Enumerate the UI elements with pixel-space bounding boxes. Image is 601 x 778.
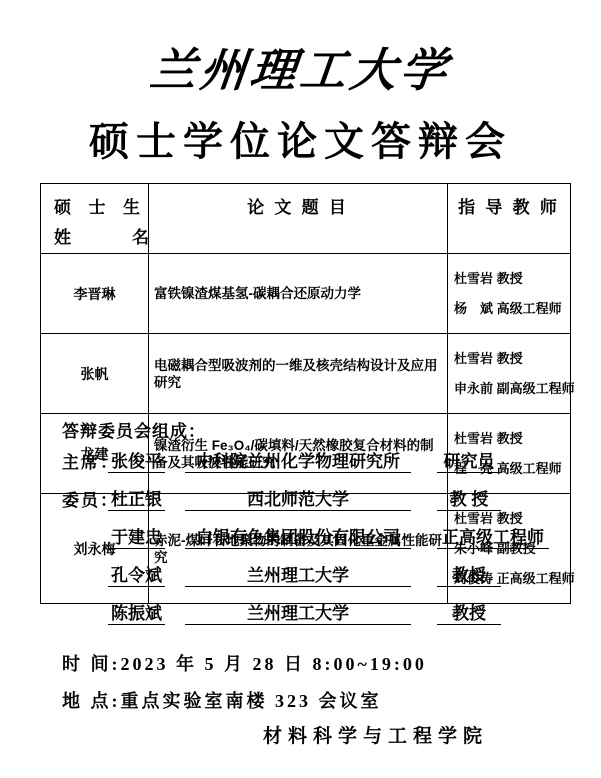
advisor: 杜雪岩 教授 — [454, 431, 564, 446]
committee-member-name: 张俊平 — [108, 447, 165, 473]
advisor: 杜雪岩 教授 — [454, 351, 564, 366]
committee-role-label: 委员： — [62, 486, 108, 511]
department-signature: 材料科学与工程学院 — [263, 721, 488, 748]
defense-announcement-page: 兰州理工大学 硕士学位论文答辩会 硕 士 生 姓 名 论 文 题 目 指 导 教… — [0, 0, 601, 778]
committee-list: 主席： 张俊平 中科院兰州化学物理研究所 研究员 委员： 杜正银 西北师范大学 … — [62, 452, 549, 642]
committee-member-title: 教授 — [437, 561, 501, 587]
page-title: 硕士学位论文答辩会 — [0, 110, 601, 167]
advisor: 申永前 副高级工程师 — [454, 381, 564, 396]
committee-member-affiliation: 白银有色集团股份有限公司 — [185, 523, 411, 549]
committee-member-title: 正高级工程师 — [437, 523, 549, 549]
thesis-title: 富铁镍渣煤基氢-碳耦合还原动力学 — [149, 254, 448, 334]
committee-member-title: 教 授 — [437, 485, 501, 511]
committee-member-affiliation: 兰州理工大学 — [185, 599, 411, 625]
committee-section-label: 答辩委员会组成： — [62, 417, 206, 442]
advisor: 杜雪岩 教授 — [454, 271, 564, 286]
committee-row: 主席： 张俊平 中科院兰州化学物理研究所 研究员 — [62, 452, 549, 473]
table-row: 李晋琳 富铁镍渣煤基氢-碳耦合还原动力学 杜雪岩 教授 杨 斌 高级工程师 — [41, 254, 571, 334]
column-header-student-line1: 硕 士 生 — [54, 193, 148, 223]
committee-row: 于建忠 白银有色集团股份有限公司 正高级工程师 — [62, 528, 549, 549]
column-header-thesis-title: 论 文 题 目 — [149, 184, 448, 254]
advisor-list: 杜雪岩 教授 杨 斌 高级工程师 — [448, 254, 571, 334]
column-header-student-name: 硕 士 生 姓 名 — [41, 184, 149, 254]
committee-row: 孔令斌 兰州理工大学 教授 — [62, 566, 549, 587]
thesis-title: 电磁耦合型吸波剂的一维及核壳结构设计及应用研究 — [149, 334, 448, 414]
advisor-list: 杜雪岩 教授 申永前 副高级工程师 — [448, 334, 571, 414]
committee-member-name: 杜正银 — [108, 485, 165, 511]
committee-role-label: 主席： — [62, 448, 108, 473]
committee-member-affiliation: 中科院兰州化学物理研究所 — [185, 447, 411, 473]
advisor: 杨 斌 高级工程师 — [454, 301, 564, 316]
committee-member-name: 孔令斌 — [108, 561, 165, 587]
committee-member-affiliation: 兰州理工大学 — [185, 561, 411, 587]
table-header-row: 硕 士 生 姓 名 论 文 题 目 指 导 教 师 — [41, 184, 571, 254]
committee-member-affiliation: 西北师范大学 — [185, 485, 411, 511]
committee-member-name: 陈振斌 — [108, 599, 165, 625]
university-logo-calligraphy: 兰州理工大学 — [0, 34, 601, 100]
column-header-student-line2: 姓 名 — [54, 223, 148, 253]
committee-member-title: 研究员 — [437, 447, 501, 473]
student-name: 李晋琳 — [41, 254, 149, 334]
table-row: 张帆 电磁耦合型吸波剂的一维及核壳结构设计及应用研究 杜雪岩 教授 申永前 副高… — [41, 334, 571, 414]
committee-member-title: 教授 — [437, 599, 501, 625]
committee-member-name: 于建忠 — [108, 523, 165, 549]
column-header-advisor: 指 导 教 师 — [448, 184, 571, 254]
committee-row: 委员： 杜正银 西北师范大学 教 授 — [62, 490, 549, 511]
student-name: 张帆 — [41, 334, 149, 414]
meeting-location: 地 点:重点实验室南楼 323 会议室 — [62, 687, 382, 713]
committee-row: 陈振斌 兰州理工大学 教授 — [62, 604, 549, 625]
meeting-time: 时 间:2023 年 5 月 28 日 8:00~19:00 — [62, 650, 427, 676]
